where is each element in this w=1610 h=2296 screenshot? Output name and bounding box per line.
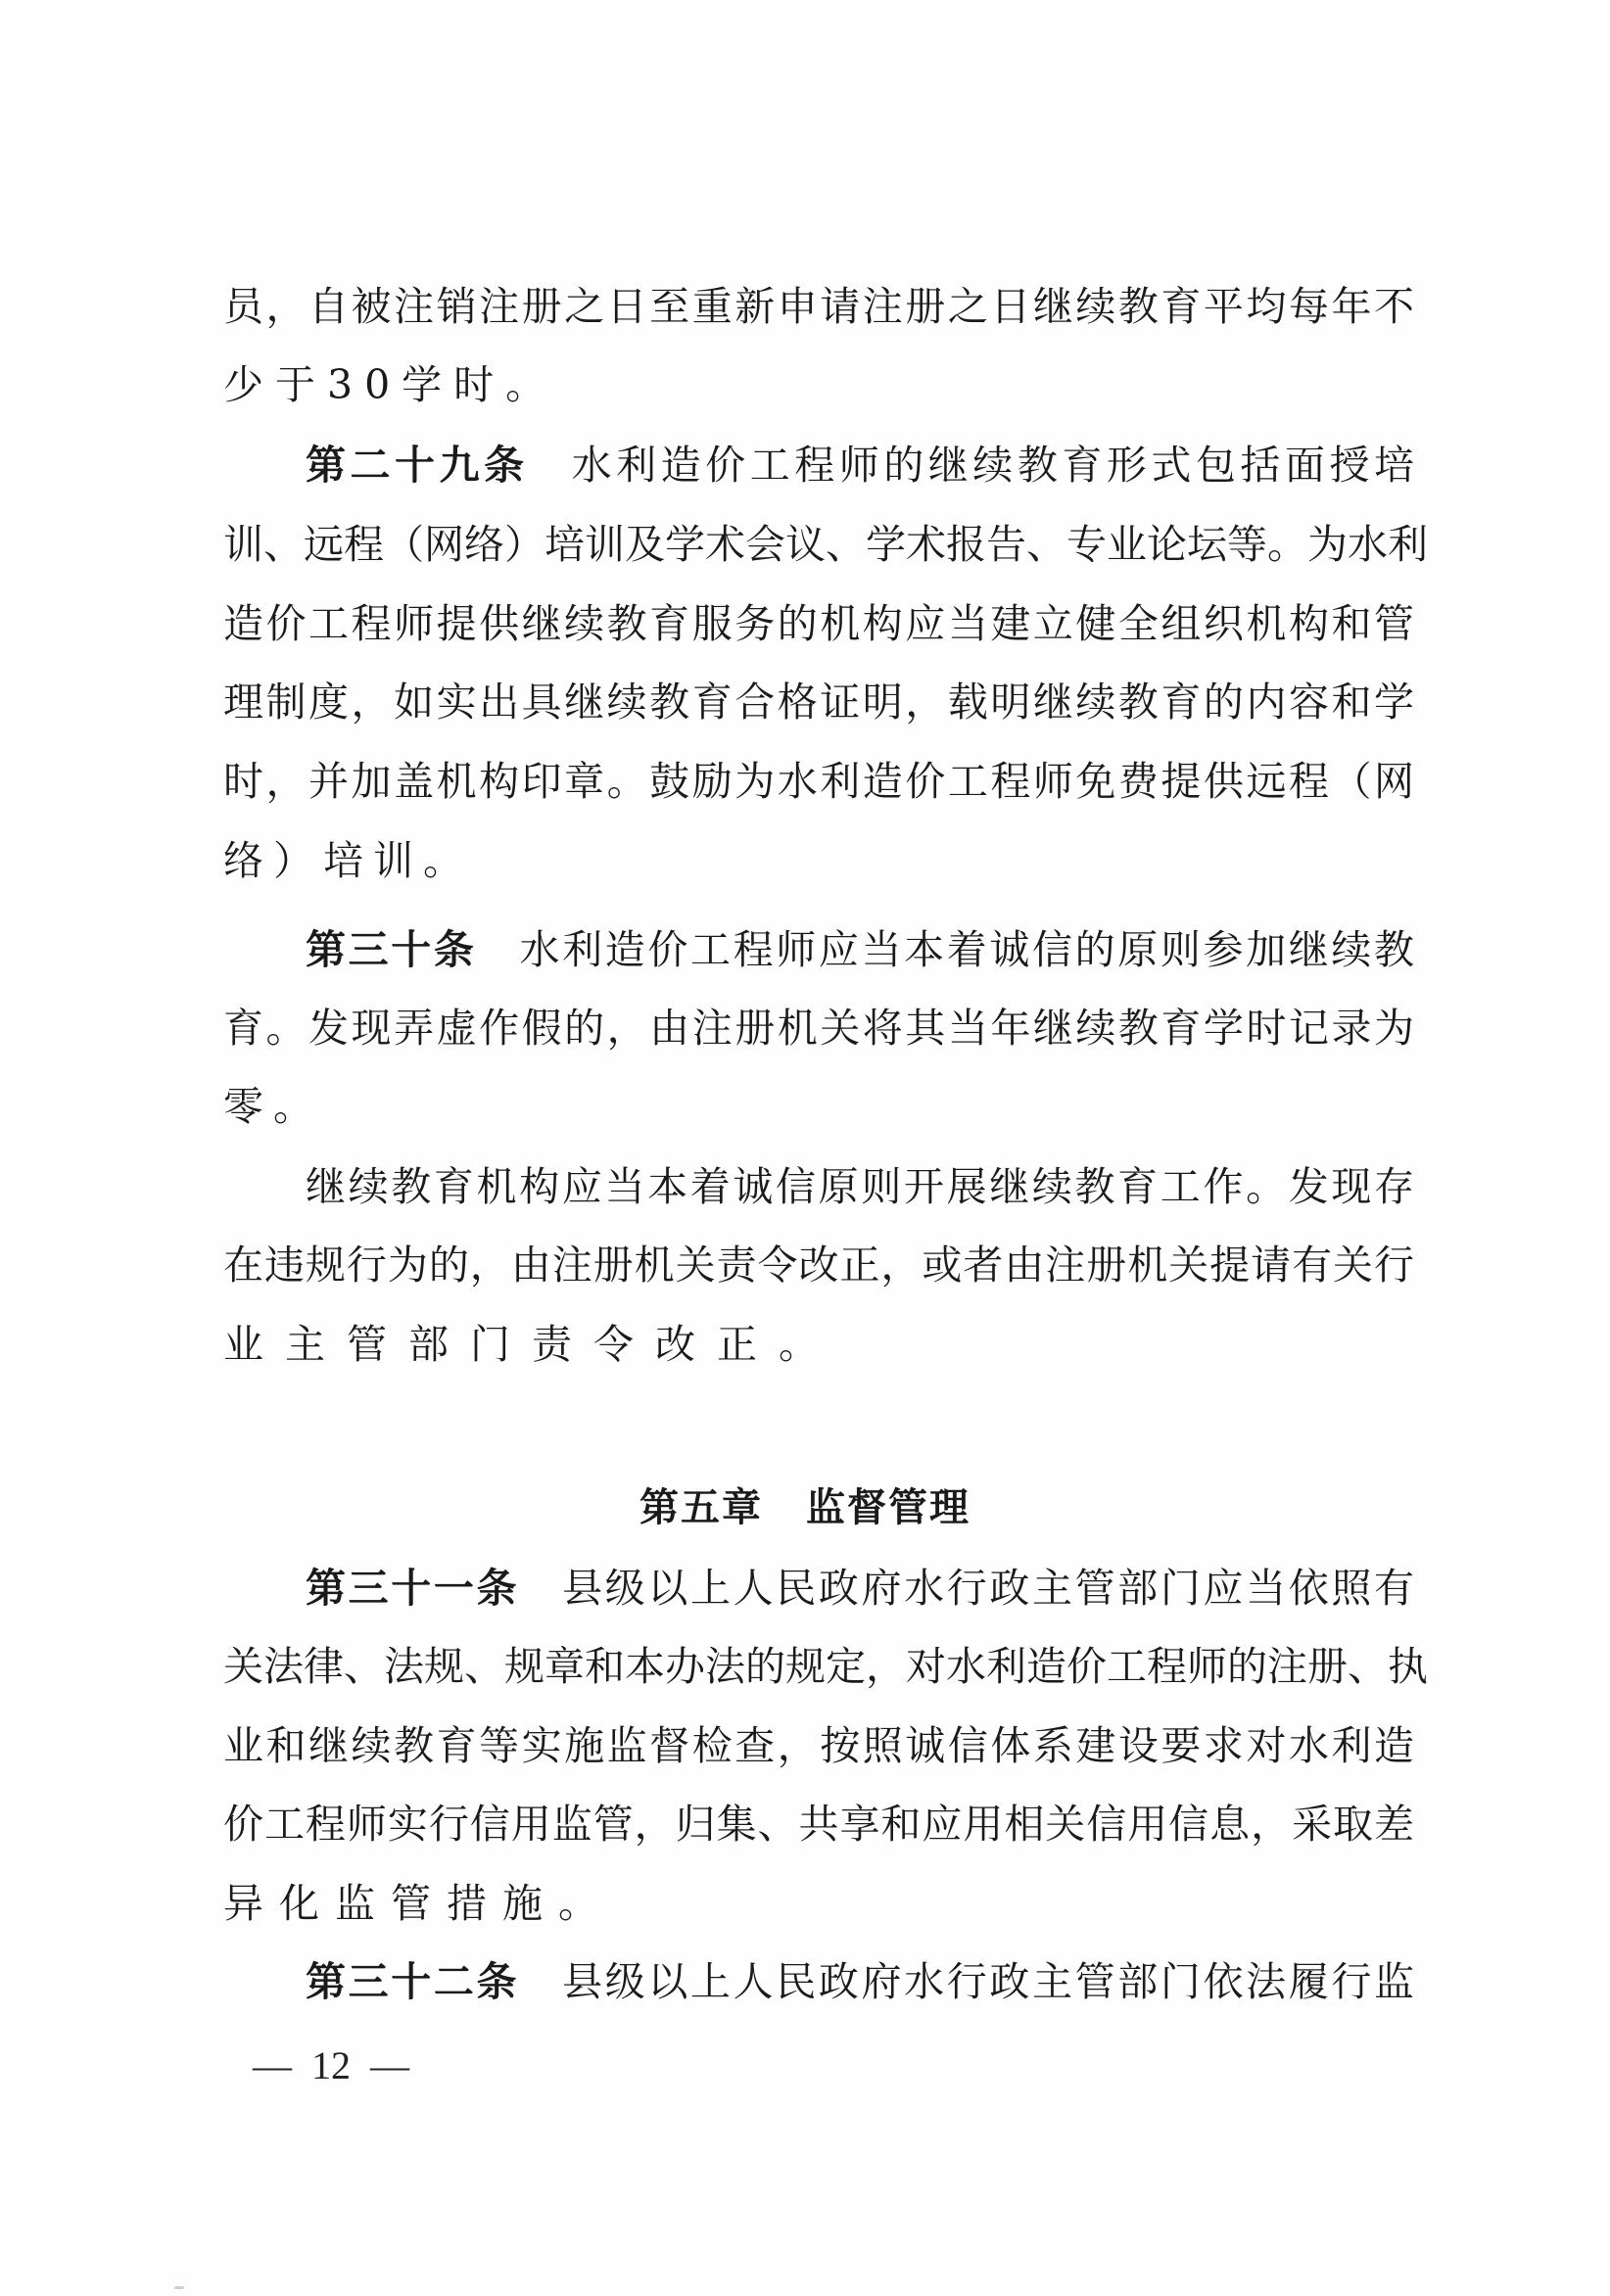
article-label: 第三十一条 — [306, 1565, 519, 1612]
paragraph-line: 业主管部门责令改正。 — [223, 1315, 1414, 1374]
paragraph-line: 零。 — [223, 1077, 1414, 1136]
paragraph-line: 造价工程师提供继续教育服务的机构应当建立健全组织机构和管 — [223, 594, 1414, 653]
paragraph-line: 员，自被注销注册之日至重新申请注册之日继续教育平均每年不 — [223, 277, 1414, 336]
paragraph-line: 训、远程（网络）培训及学术会议、学术报告、专业论坛等。为水利 — [223, 515, 1414, 574]
article-text: 县级以上人民政府水行政主管部门依法履行监 — [562, 1958, 1414, 2005]
article-label: 第二十九条 — [306, 442, 529, 489]
article-text: 县级以上人民政府水行政主管部门应当依照有 — [562, 1565, 1414, 1612]
paragraph-line: 在违规行为的，由注册机关责令改正，或者由注册机关提请有关行 — [223, 1236, 1414, 1294]
article-31-first-line: 第三十一条县级以上人民政府水行政主管部门应当依照有 — [306, 1559, 1414, 1617]
chapter-heading: 第五章监督管理 — [0, 1478, 1610, 1537]
chapter-number: 第五章 — [639, 1485, 763, 1530]
article-29-first-line: 第二十九条水利造价工程师的继续教育形式包括面授培 — [306, 436, 1414, 494]
paragraph-line: 少于30学时。 — [223, 355, 1414, 414]
chapter-title: 监督管理 — [806, 1485, 971, 1530]
paragraph-line: 理制度，如实出具继续教育合格证明，载明继续教育的内容和学 — [223, 673, 1414, 731]
document-page: 员，自被注销注册之日至重新申请注册之日继续教育平均每年不 少于30学时。 第二十… — [0, 0, 1610, 2296]
paragraph-line: 络）培训。 — [223, 831, 1414, 890]
paragraph-line: 时，并加盖机构印章。鼓励为水利造价工程师免费提供远程（网 — [223, 752, 1414, 811]
paragraph-line: 业和继续教育等实施监督检查，按照诚信体系建设要求对水利造 — [223, 1716, 1414, 1775]
article-30-first-line: 第三十条水利造价工程师应当本着诚信的原则参加继续教 — [306, 920, 1414, 979]
article-text: 水利造价工程师的继续教育形式包括面授培 — [572, 442, 1414, 489]
scan-artifact — [174, 2286, 184, 2289]
article-32-first-line: 第三十二条县级以上人民政府水行政主管部门依法履行监 — [306, 1952, 1414, 2011]
paragraph-line: 关法律、法规、规章和本办法的规定，对水利造价工程师的注册、执 — [223, 1637, 1414, 1696]
paragraph-line: 异化监管措施。 — [223, 1874, 1414, 1933]
paragraph-line: 价工程师实行信用监管，归集、共享和应用相关信用信息，采取差 — [223, 1795, 1414, 1853]
article-text: 水利造价工程师应当本着诚信的原则参加继续教 — [520, 926, 1415, 973]
paragraph-line: 育。发现弄虚作假的，由注册机关将其当年继续教育学时记录为 — [223, 999, 1414, 1057]
article-label: 第三十二条 — [306, 1958, 519, 2005]
paragraph-first-line: 继续教育机构应当本着诚信原则开展继续教育工作。发现存 — [306, 1157, 1414, 1216]
article-label: 第三十条 — [306, 926, 477, 973]
page-number: — 12 — — [253, 2044, 409, 2087]
